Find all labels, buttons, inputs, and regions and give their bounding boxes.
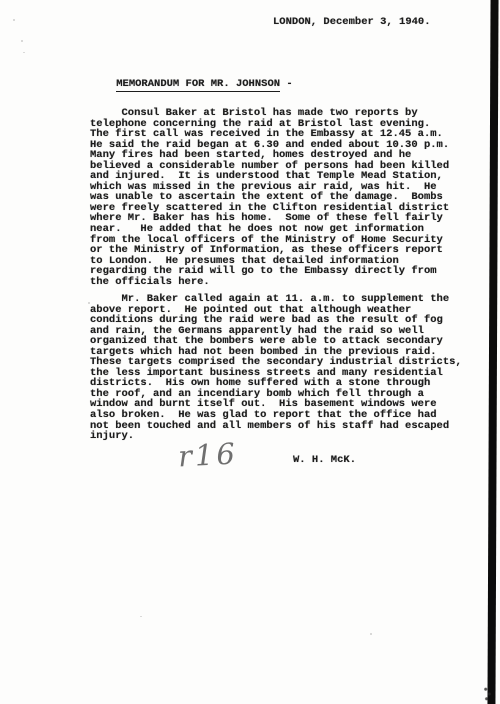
- text-line: also broken. He was glad to report that …: [90, 410, 462, 421]
- dateline: LONDON, December 3, 1940.: [273, 16, 431, 28]
- signature-initials: W. H. McK.: [293, 454, 356, 466]
- handwritten-pencil-note: r16: [177, 436, 238, 473]
- text-line: not been touched and all members of his …: [90, 421, 462, 432]
- scan-speck: [140, 616, 142, 617]
- scan-edge-blob: [483, 686, 492, 702]
- text-line: near. He added that he does not now get …: [90, 224, 449, 235]
- paragraph-first-report: Consul Baker at Bristol has made two rep…: [90, 108, 449, 287]
- scan-speck: [21, 40, 23, 42]
- text-line: injury.: [90, 431, 462, 442]
- document-page: LONDON, December 3, 1940. MEMORANDUM FOR…: [0, 0, 500, 704]
- paragraph-second-report: Mr. Baker called again at 11. a.m. to su…: [90, 294, 462, 442]
- text-line: Mr. Baker called again at 11. a.m. to su…: [90, 294, 462, 305]
- memo-heading-title: MEMORANDUM FOR MR. JOHNSON: [116, 78, 280, 92]
- text-line: Consul Baker at Bristol has made two rep…: [90, 108, 449, 119]
- scan-speck: [370, 633, 372, 635]
- scan-speck: [13, 19, 15, 21]
- memo-heading-dash: -: [280, 78, 293, 90]
- scan-edge-band: [487, 0, 498, 704]
- scan-speck: [23, 52, 25, 53]
- scan-speck: [88, 302, 90, 304]
- memo-heading: MEMORANDUM FOR MR. JOHNSON -: [91, 66, 293, 104]
- text-line: the officials here.: [90, 277, 449, 288]
